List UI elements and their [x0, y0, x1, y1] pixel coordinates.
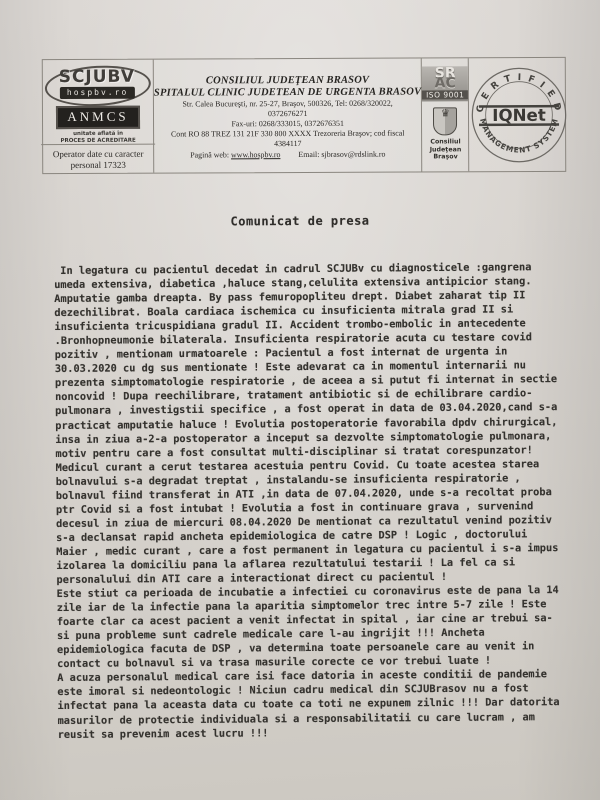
anmcs-accreditation-logo: ANMCS unitate aflată în PROCES DE ACREDI… — [56, 106, 140, 144]
srac-iso9001-logo: SR AC ISO 9001 — [422, 66, 468, 101]
county-council-label: Consiliul Judeţean Braşov — [422, 138, 468, 161]
anmcs-logo-subtitle: unitate aflată în PROCES DE ACREDITARE — [56, 131, 140, 144]
website-url: www.hospbv.ro — [231, 150, 280, 159]
scjubv-logo-domain: hospbv.ro — [60, 87, 135, 99]
letterhead-iqnet-cell: C E R T I F I E D IQNet MANAGEMENT SYSTE… — [469, 58, 569, 171]
coat-of-arms-shield-icon: ♛ — [433, 107, 457, 135]
photographed-press-release: SCJUBV hospbv.ro ANMCS unitate aflată în… — [0, 0, 600, 800]
letterhead-table: SCJUBV hospbv.ro ANMCS unitate aflată în… — [42, 57, 566, 174]
hospital-address: Str. Calea Bucureşti, nr. 25-27, Braşov,… — [154, 98, 421, 109]
srac-logo-ac: AC — [422, 77, 468, 89]
county-coat-of-arms: ♛ Consiliul Judeţean Braşov — [422, 107, 468, 161]
iso9001-label: ISO 9001 — [422, 90, 468, 99]
hospital-account: Cont RO 88 TREZ 131 21F 330 800 XXXX Tre… — [154, 128, 421, 139]
letterhead-center-cell: CONSILIUL JUDEŢEAN BRASOV SPITALUL CLINI… — [154, 58, 423, 172]
hospital-contacts-line: Pagină web: www.hospbv.ro Email: sjbraso… — [154, 149, 421, 160]
document-title: Comunicat de presa — [0, 212, 600, 229]
hospital-fiscal-code: 4384117 — [154, 138, 421, 149]
scjubv-hospital-logo: SCJUBV hospbv.ro — [43, 65, 153, 101]
data-operator-note: Operator date cu caracter personal 17323 — [41, 144, 155, 173]
email-address: sjbrasov@rdslink.ro — [321, 150, 385, 159]
iqnet-certified-logo: C E R T I F I E D IQNet MANAGEMENT SYSTE… — [469, 64, 569, 164]
scjubv-logo-text: SCJUBV — [43, 67, 151, 87]
letterhead-left-cell: SCJUBV hospbv.ro ANMCS unitate aflată în… — [43, 60, 154, 173]
anmcs-logo-text: ANMCS — [56, 106, 140, 129]
iqnet-wordmark: IQNet — [493, 105, 547, 124]
crown-icon: ♛ — [441, 108, 450, 120]
email-label: Email: — [298, 150, 319, 159]
press-release-body: In legatura cu pacientul decedat in cadr… — [54, 260, 582, 742]
web-label: Pagină web: — [190, 150, 229, 159]
letterhead-certs-cell: SR AC ISO 9001 ♛ Consiliul Judeţean Braş… — [422, 58, 469, 171]
